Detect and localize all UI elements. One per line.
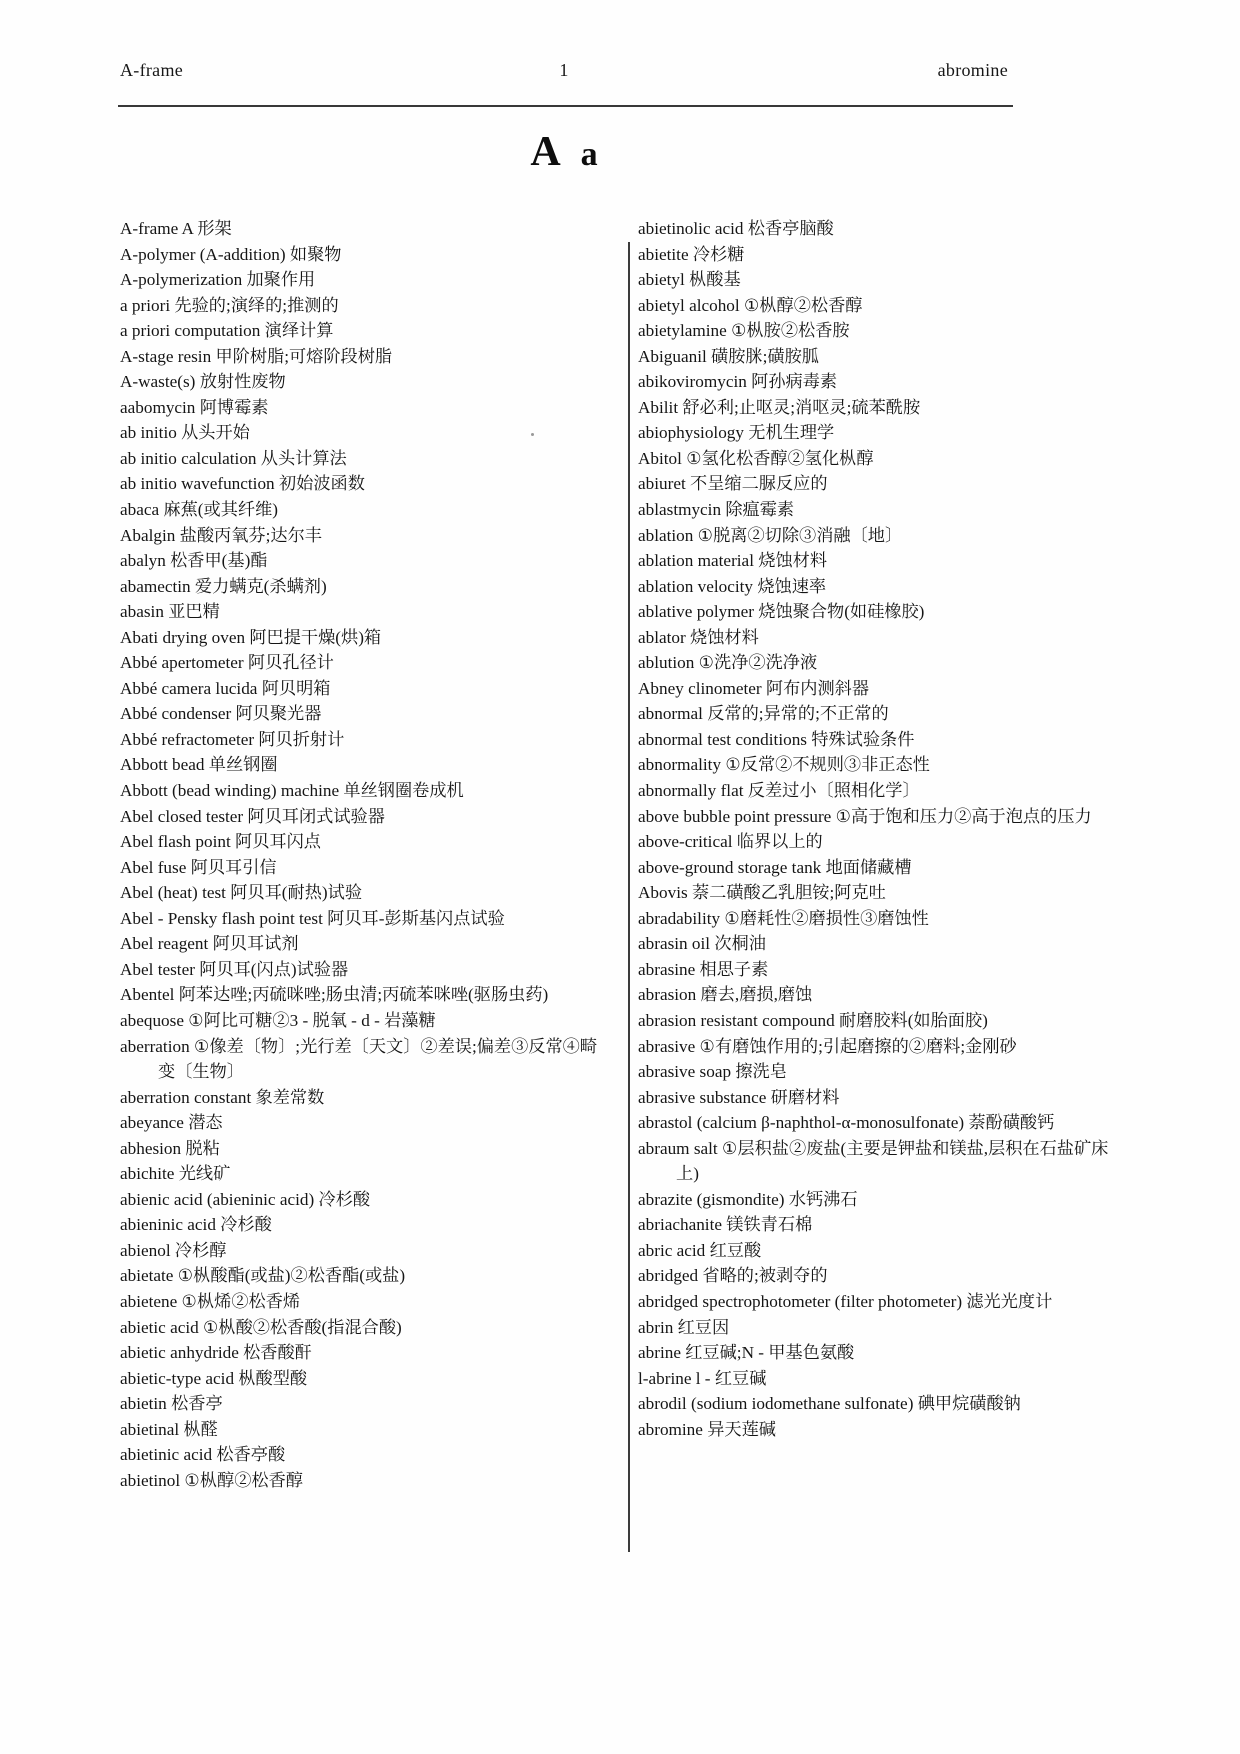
dictionary-entry: abichite 光线矿 bbox=[120, 1161, 604, 1187]
dictionary-entry: abrasive ①有磨蚀作用的;引起磨擦的②磨料;金刚砂 bbox=[638, 1034, 1122, 1060]
right-column: abietinolic acid 松香亭脑酸abietite 冷杉糖abiety… bbox=[638, 216, 1122, 1442]
dictionary-entry: abietate ①枞酸酯(或盐)②松香酯(或盐) bbox=[120, 1263, 604, 1289]
dictionary-entry: A-stage resin 甲阶树脂;可熔阶段树脂 bbox=[120, 344, 604, 370]
section-letter-capital: A bbox=[530, 129, 560, 175]
page-number: 1 bbox=[120, 60, 1008, 81]
dictionary-entry: Abbé apertometer 阿贝孔径计 bbox=[120, 650, 604, 676]
column-divider bbox=[628, 242, 630, 1552]
dictionary-entry: abrazite (gismondite) 水钙沸石 bbox=[638, 1187, 1122, 1213]
dictionary-entry: Abbé refractometer 阿贝折射计 bbox=[120, 727, 604, 753]
dictionary-entry: abietic anhydride 松香酸酐 bbox=[120, 1340, 604, 1366]
dictionary-entry: Abovis 萘二磺酸乙乳胆铵;阿克吐 bbox=[638, 880, 1122, 906]
dictionary-entry: abieninic acid 冷杉酸 bbox=[120, 1212, 604, 1238]
dictionary-entry: above bubble point pressure ①高于饱和压力②高于泡点… bbox=[638, 804, 1122, 830]
dictionary-entry: ablation velocity 烧蚀速率 bbox=[638, 574, 1122, 600]
dictionary-entry: ablastmycin 除瘟霉素 bbox=[638, 497, 1122, 523]
dictionary-entry: abasin 亚巴精 bbox=[120, 599, 604, 625]
dictionary-entry: abromine 异天莲碱 bbox=[638, 1417, 1122, 1443]
dictionary-entry: abietylamine ①枞胺②松香胺 bbox=[638, 318, 1122, 344]
dictionary-entry: abaca 麻蕉(或其纤维) bbox=[120, 497, 604, 523]
dictionary-entry: abietinal 枞醛 bbox=[120, 1417, 604, 1443]
left-column: A-frame A 形架A-polymer (A-addition) 如聚物A-… bbox=[120, 216, 604, 1493]
dictionary-entry: abnormal test conditions 特殊试验条件 bbox=[638, 727, 1122, 753]
dictionary-entry: abrasive substance 研磨材料 bbox=[638, 1085, 1122, 1111]
dictionary-entry: Abilit 舒必利;止呕灵;消呕灵;硫苯酰胺 bbox=[638, 395, 1122, 421]
dictionary-entry: Abbé camera lucida 阿贝明箱 bbox=[120, 676, 604, 702]
dictionary-entry: abrasine 相思子素 bbox=[638, 957, 1122, 983]
dictionary-entry: abridged spectrophotometer (filter photo… bbox=[638, 1289, 1122, 1315]
dictionary-entry: abric acid 红豆酸 bbox=[638, 1238, 1122, 1264]
dictionary-entry: aabomycin 阿博霉素 bbox=[120, 395, 604, 421]
dictionary-entry: A-waste(s) 放射性废物 bbox=[120, 369, 604, 395]
dictionary-entry: A-frame A 形架 bbox=[120, 216, 604, 242]
dictionary-entry: abrodil (sodium iodomethane sulfonate) 碘… bbox=[638, 1391, 1122, 1417]
dictionary-entry: ab initio wavefunction 初始波函数 bbox=[120, 471, 604, 497]
dictionary-entry: abikoviromycin 阿孙病毒素 bbox=[638, 369, 1122, 395]
dictionary-entry: abrasin oil 次桐油 bbox=[638, 931, 1122, 957]
dictionary-entry: abrastol (calcium β-naphthol-α-monosulfo… bbox=[638, 1110, 1122, 1136]
dictionary-entry: abrasive soap 擦洗皂 bbox=[638, 1059, 1122, 1085]
section-title: Aa bbox=[120, 128, 1008, 176]
running-head: A-frame 1 abromine bbox=[120, 60, 1008, 81]
dictionary-entry: Abel flash point 阿贝耳闪点 bbox=[120, 829, 604, 855]
dictionary-entry: abienic acid (abieninic acid) 冷杉酸 bbox=[120, 1187, 604, 1213]
dictionary-entry: abietinol ①枞醇②松香醇 bbox=[120, 1468, 604, 1494]
dictionary-entry: Abbé condenser 阿贝聚光器 bbox=[120, 701, 604, 727]
dictionary-entry: abietene ①枞烯②松香烯 bbox=[120, 1289, 604, 1315]
dictionary-entry: a priori computation 演绎计算 bbox=[120, 318, 604, 344]
dictionary-entry: Abbott (bead winding) machine 单丝钢圈卷成机 bbox=[120, 778, 604, 804]
dictionary-entry: abrasion 磨去,磨损,磨蚀 bbox=[638, 982, 1122, 1008]
dictionary-entry: Abiguanil 磺胺脒;磺胺胍 bbox=[638, 344, 1122, 370]
dictionary-entry: abietyl alcohol ①枞醇②松香醇 bbox=[638, 293, 1122, 319]
scan-speckle bbox=[531, 433, 534, 436]
dictionary-entry: abietite 冷杉糖 bbox=[638, 242, 1122, 268]
dictionary-entry: above-critical 临界以上的 bbox=[638, 829, 1122, 855]
dictionary-entry: abietinolic acid 松香亭脑酸 bbox=[638, 216, 1122, 242]
dictionary-page: A-frame 1 abromine Aa A-frame A 形架A-poly… bbox=[0, 0, 1240, 1754]
dictionary-entry: abequose ①阿比可糖②3 - 脱氧 - d - 岩藻糖 bbox=[120, 1008, 604, 1034]
dictionary-entry: abalyn 松香甲(基)酯 bbox=[120, 548, 604, 574]
dictionary-entry: ablution ①洗净②洗净液 bbox=[638, 650, 1122, 676]
dictionary-entry: ablative polymer 烧蚀聚合物(如硅橡胶) bbox=[638, 599, 1122, 625]
dictionary-entry: ablation ①脱离②切除③消融〔地〕 bbox=[638, 523, 1122, 549]
dictionary-entry: abeyance 潜态 bbox=[120, 1110, 604, 1136]
dictionary-entry: abrasion resistant compound 耐磨胶料(如胎面胶) bbox=[638, 1008, 1122, 1034]
dictionary-entry: abamectin 爱力螨克(杀螨剂) bbox=[120, 574, 604, 600]
dictionary-entry: ablator 烧蚀材料 bbox=[638, 625, 1122, 651]
dictionary-entry: abietic acid ①枞酸②松香酸(指混合酸) bbox=[120, 1315, 604, 1341]
dictionary-entry: aberration ①像差〔物〕;光行差〔天文〕②差误;偏差③反常④畸变〔生物… bbox=[120, 1034, 604, 1085]
dictionary-entry: Abney clinometer 阿布内测斜器 bbox=[638, 676, 1122, 702]
dictionary-entry: abnormal 反常的;异常的;不正常的 bbox=[638, 701, 1122, 727]
dictionary-entry: abrine 红豆碱;N - 甲基色氨酸 bbox=[638, 1340, 1122, 1366]
dictionary-entry: abridged 省略的;被剥夺的 bbox=[638, 1263, 1122, 1289]
dictionary-entry: abienol 冷杉醇 bbox=[120, 1238, 604, 1264]
dictionary-entry: aberration constant 象差常数 bbox=[120, 1085, 604, 1111]
dictionary-entry: Abel closed tester 阿贝耳闭式试验器 bbox=[120, 804, 604, 830]
dictionary-entry: abietin 松香亭 bbox=[120, 1391, 604, 1417]
dictionary-entry: abradability ①磨耗性②磨损性③磨蚀性 bbox=[638, 906, 1122, 932]
dictionary-entry: abriachanite 镁铁青石棉 bbox=[638, 1212, 1122, 1238]
dictionary-entry: abhesion 脱粘 bbox=[120, 1136, 604, 1162]
dictionary-entry: abietic-type acid 枞酸型酸 bbox=[120, 1366, 604, 1392]
dictionary-entry: Abalgin 盐酸丙氧芬;达尔丰 bbox=[120, 523, 604, 549]
dictionary-entry: abietinic acid 松香亭酸 bbox=[120, 1442, 604, 1468]
dictionary-entry: A-polymerization 加聚作用 bbox=[120, 267, 604, 293]
dictionary-entry: abiophysiology 无机生理学 bbox=[638, 420, 1122, 446]
dictionary-entry: a priori 先验的;演绎的;推测的 bbox=[120, 293, 604, 319]
dictionary-entry: Abati drying oven 阿巴提干燥(烘)箱 bbox=[120, 625, 604, 651]
dictionary-entry: Abbott bead 单丝钢圈 bbox=[120, 752, 604, 778]
dictionary-entry: l-abrine l - 红豆碱 bbox=[638, 1366, 1122, 1392]
dictionary-entry: ab initio calculation 从头计算法 bbox=[120, 446, 604, 472]
dictionary-entry: abiuret 不呈缩二脲反应的 bbox=[638, 471, 1122, 497]
dictionary-entry: Abel (heat) test 阿贝耳(耐热)试验 bbox=[120, 880, 604, 906]
dictionary-entry: ablation material 烧蚀材料 bbox=[638, 548, 1122, 574]
dictionary-entry: abnormally flat 反差过小〔照相化学〕 bbox=[638, 778, 1122, 804]
dictionary-entry: Abel reagent 阿贝耳试剂 bbox=[120, 931, 604, 957]
dictionary-entry: abnormality ①反常②不规则③非正态性 bbox=[638, 752, 1122, 778]
dictionary-entry: above-ground storage tank 地面储藏槽 bbox=[638, 855, 1122, 881]
dictionary-entry: Abel fuse 阿贝耳引信 bbox=[120, 855, 604, 881]
dictionary-entry: Abel tester 阿贝耳(闪点)试验器 bbox=[120, 957, 604, 983]
dictionary-entry: Abel - Pensky flash point test 阿贝耳-彭斯基闪点… bbox=[120, 906, 604, 932]
dictionary-entry: Abitol ①氢化松香醇②氢化枞醇 bbox=[638, 446, 1122, 472]
section-letter-lower: a bbox=[581, 136, 598, 173]
dictionary-entry: Abentel 阿苯达唑;丙硫咪唑;肠虫清;丙硫苯咪唑(驱肠虫药) bbox=[120, 982, 604, 1008]
dictionary-entry: abraum salt ①层积盐②废盐(主要是钾盐和镁盐,层积在石盐矿床上) bbox=[638, 1136, 1122, 1187]
dictionary-entry: A-polymer (A-addition) 如聚物 bbox=[120, 242, 604, 268]
dictionary-entry: abietyl 枞酸基 bbox=[638, 267, 1122, 293]
dictionary-entry: abrin 红豆因 bbox=[638, 1315, 1122, 1341]
header-rule bbox=[118, 105, 1013, 107]
